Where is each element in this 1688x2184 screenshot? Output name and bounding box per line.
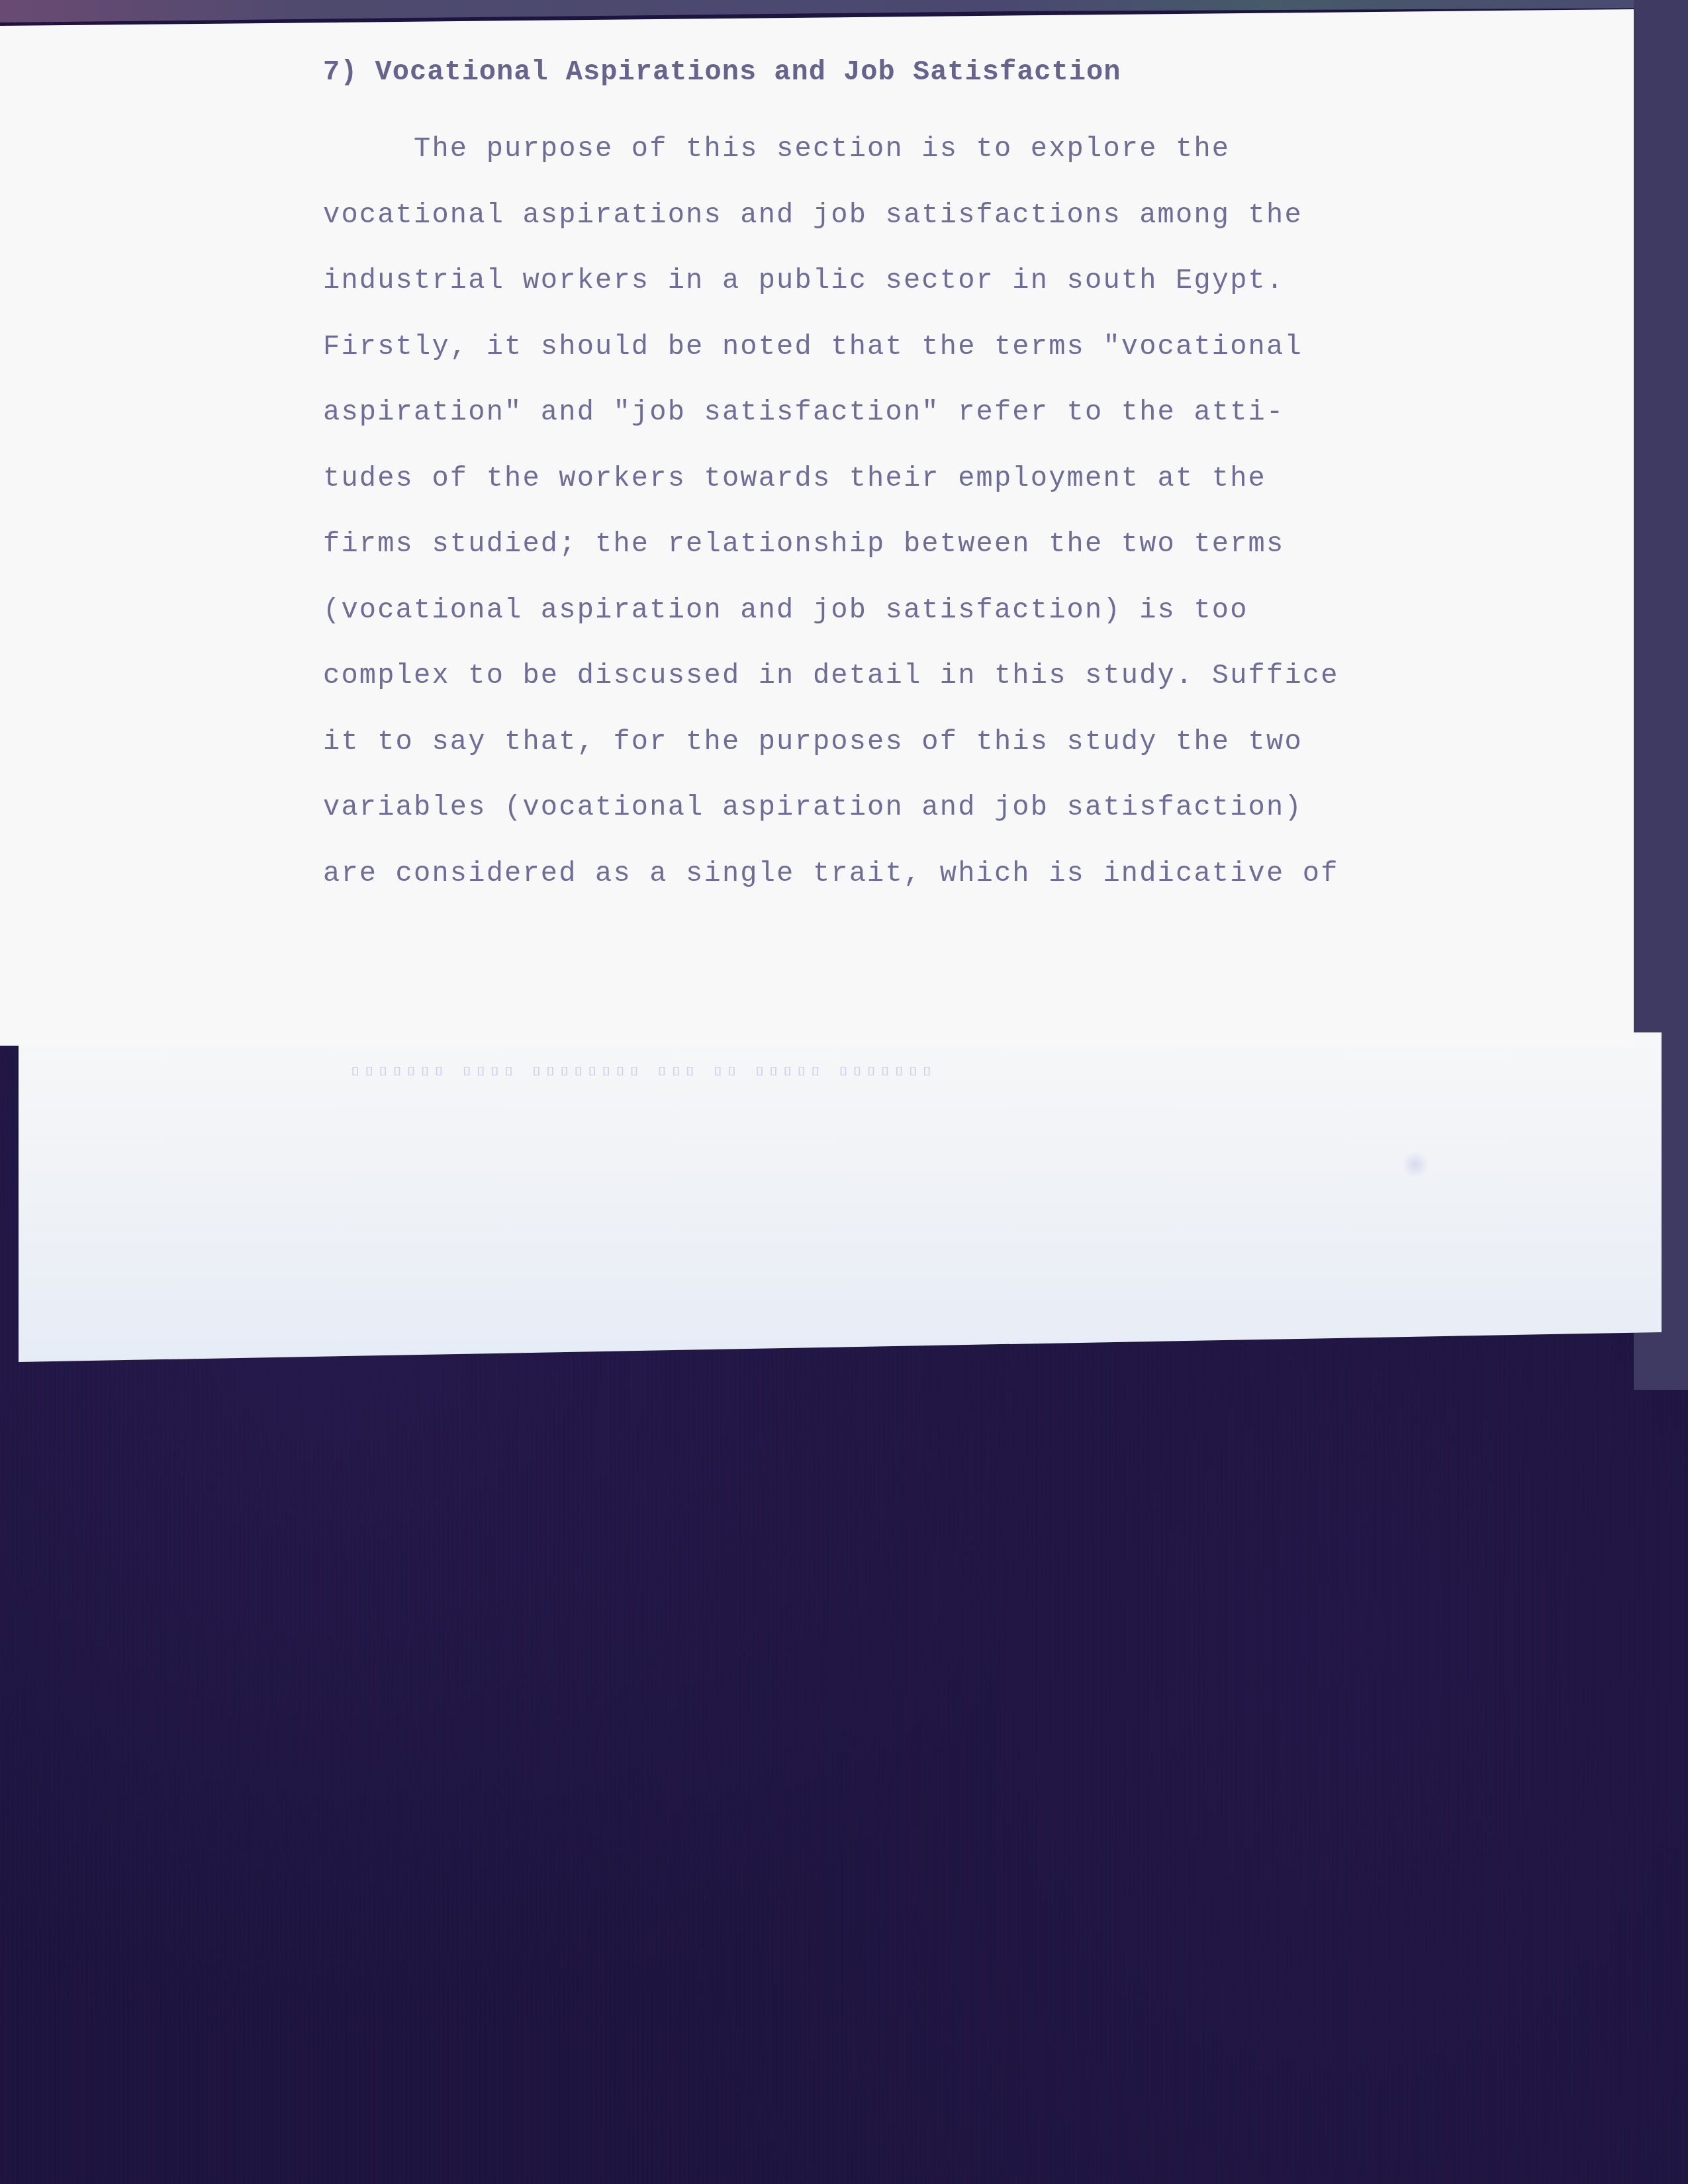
body-paragraph: The purpose of this section is to explor… [323,116,1515,907]
paragraph-line: industrial workers in a public sector in… [323,248,1515,314]
paragraph-line: it to say that, for the purposes of this… [323,709,1515,776]
paragraph-line: (vocational aspiration and job satisfact… [323,578,1515,644]
paragraph-line: variables (vocational aspiration and job… [323,775,1515,841]
document-page: 7) Vocational Aspirations and Job Satisf… [0,9,1634,1046]
section-heading: 7) Vocational Aspirations and Job Satisf… [323,50,1515,94]
paragraph-line: tudes of the workers towards their emplo… [323,446,1515,512]
page-smudge [1402,1152,1429,1178]
paragraph-line: complex to be discussed in detail in thi… [323,643,1515,709]
illegible-bleed-through-text: ▯▯▯▯▯▯▯ ▯▯▯▯ ▯▯▯▯▯▯▯▯ ▯▯▯ ▯▯ ▯▯▯▯▯ ▯▯▯▯▯… [350,1062,935,1079]
paragraph-line: aspiration" and "job satisfaction" refer… [323,380,1515,446]
page-content: 7) Vocational Aspirations and Job Satisf… [323,50,1515,907]
underlying-page: ▯▯▯▯▯▯▯ ▯▯▯▯ ▯▯▯▯▯▯▯▯ ▯▯▯ ▯▯ ▯▯▯▯▯ ▯▯▯▯▯… [19,1032,1662,1363]
paragraph-line: firms studied; the relationship between … [323,512,1515,578]
paragraph-line: vocational aspirations and job satisfact… [323,183,1515,249]
paragraph-line: are considered as a single trait, which … [323,841,1515,907]
paragraph-line: Firstly, it should be noted that the ter… [323,314,1515,381]
paragraph-line: The purpose of this section is to explor… [323,116,1515,183]
